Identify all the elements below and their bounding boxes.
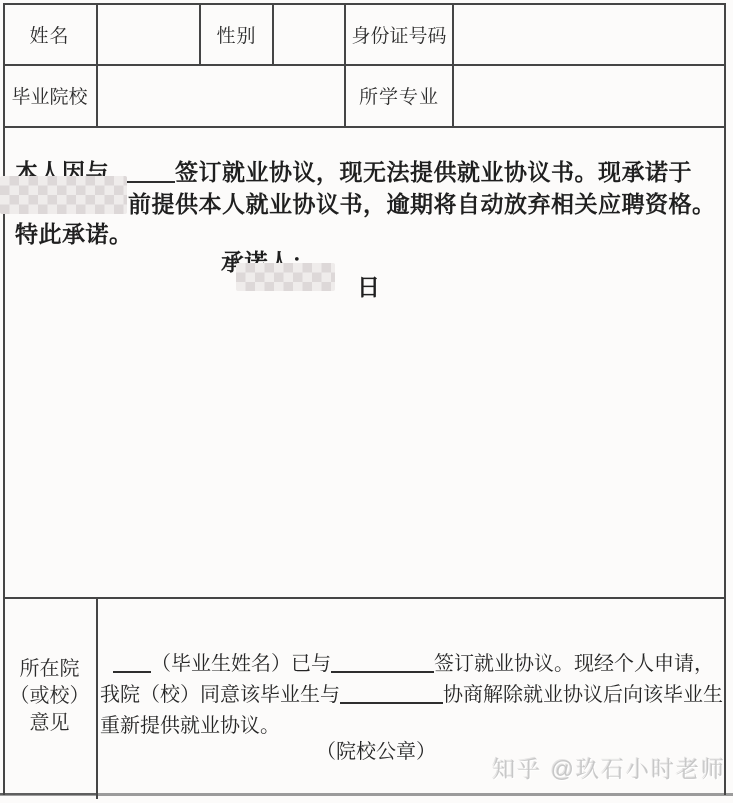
zhihu-watermark: 知乎 @玖石小时老师 xyxy=(492,751,726,784)
id-label-cell: 身份证号码 xyxy=(346,5,452,64)
major-label: 所学专业 xyxy=(359,82,439,109)
table-border-right xyxy=(724,3,726,795)
opinion-line1: （毕业生姓名）已与签订就业协议。现经个人申请， xyxy=(113,647,714,676)
commitment-section: 本人因与签订就业协议，现无法提供就业协议书。现承诺于 前提供本人就业协议书，逾期… xyxy=(3,126,724,597)
commitment-line3: 特此承诺。 xyxy=(15,216,133,249)
school-label-cell: 毕业院校 xyxy=(3,66,96,124)
opinion-line3-text: 重新提供就业协议。 xyxy=(100,715,280,737)
fill-in-blank-graduate-name xyxy=(113,651,151,673)
opinion-label-line2: （或校） xyxy=(10,683,90,710)
opinion-label-line3: 意见 xyxy=(30,710,70,737)
opinion-line2: 我院（校）同意该毕业生与协商解除就业协议后向该毕业生 xyxy=(100,678,723,707)
opinion-line3: 重新提供就业协议。 xyxy=(100,709,280,738)
seal-placeholder: （院校公章） xyxy=(316,735,436,764)
opinion-row-label-cell: 所在院 （或校） 意见 xyxy=(3,599,96,793)
opinion-line2-pre: 我院（校）同意该毕业生与 xyxy=(100,684,340,706)
name-label: 姓名 xyxy=(29,21,69,48)
id-label: 身份证号码 xyxy=(351,21,446,48)
table-border-bottom-left xyxy=(0,793,97,795)
watermark-text: 知乎 @玖石小时老师 xyxy=(492,756,726,782)
date-suffix-line: 日 xyxy=(357,269,381,302)
fill-in-blank-employer-1 xyxy=(331,651,434,673)
commitment-close-text: 特此承诺。 xyxy=(15,221,133,247)
seal-label: （院校公章） xyxy=(316,741,436,763)
school-value-cell xyxy=(98,66,344,124)
commitment-line1-post: 签订就业协议，现无法提供就业协议书。现承诺于 xyxy=(175,159,692,185)
gender-value-cell xyxy=(274,5,344,64)
commitment-line2: 前提供本人就业协议书，逾期将自动放弃相关应聘资格。 xyxy=(128,186,716,219)
name-value-cell xyxy=(98,5,199,64)
school-label: 毕业院校 xyxy=(11,82,87,109)
id-value-cell xyxy=(454,5,724,64)
major-value-cell xyxy=(454,66,724,124)
opinion-line1-post: 签订就业协议。现经个人申请， xyxy=(434,653,714,675)
gender-label: 性别 xyxy=(216,21,256,48)
date-suffix: 日 xyxy=(357,274,381,300)
fill-in-blank-employer-2 xyxy=(340,682,443,704)
name-label-cell: 姓名 xyxy=(3,5,96,64)
gender-label-cell: 性别 xyxy=(201,5,272,64)
opinion-label-line1: 所在院 xyxy=(20,656,80,683)
opinion-line2-post: 协商解除就业协议后向该毕业生 xyxy=(443,684,723,706)
major-label-cell: 所学专业 xyxy=(346,66,452,124)
redaction-mosaic-signature xyxy=(236,263,335,291)
opinion-line1-mid: （毕业生姓名）已与 xyxy=(151,653,331,675)
commitment-line2-text: 前提供本人就业协议书，逾期将自动放弃相关应聘资格。 xyxy=(128,191,716,217)
commitment-letter-form: 姓名 性别 身份证号码 毕业院校 所学专业 本人因与签订就业协议，现无法提供就业… xyxy=(0,0,733,803)
table-border-bottom xyxy=(0,793,733,796)
redaction-mosaic-date xyxy=(0,176,127,214)
